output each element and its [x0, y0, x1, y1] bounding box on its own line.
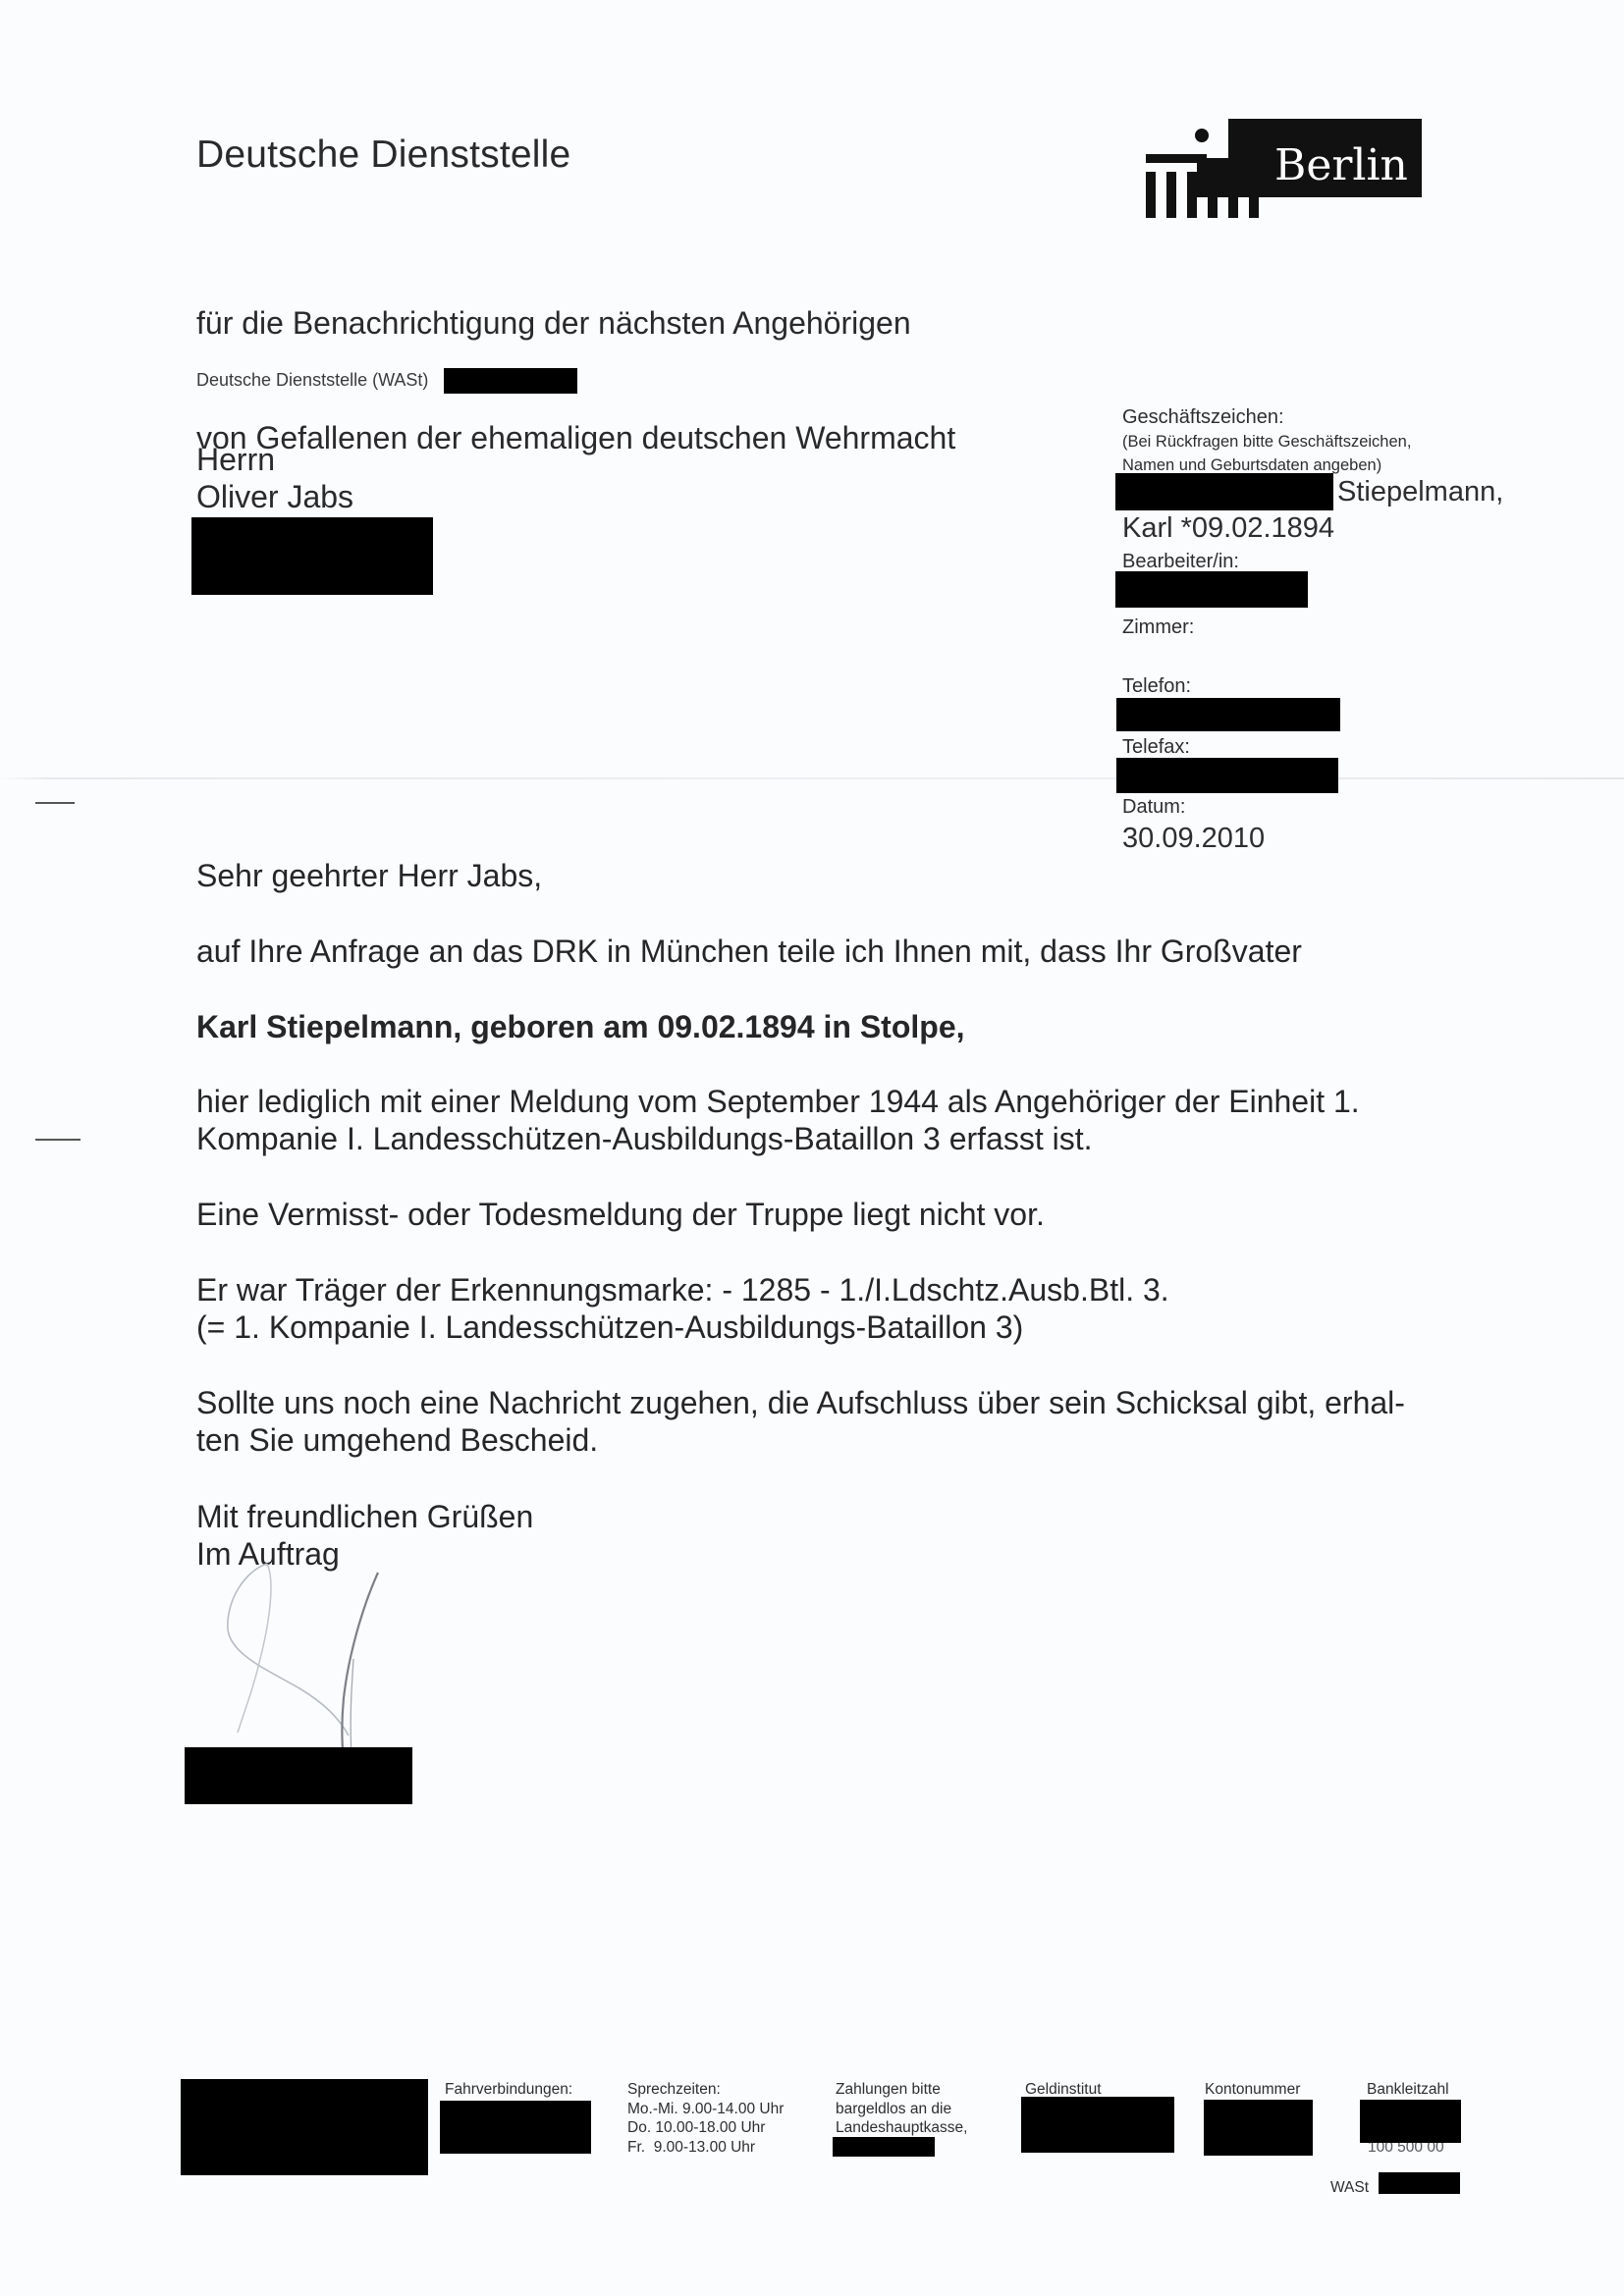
greeting: Sehr geehrter Herr Jabs,	[196, 857, 542, 894]
footer-bankleitzahl-label: Bankleitzahl	[1367, 2080, 1449, 2100]
geschaeftszeichen-value: Stiepelmann,	[1337, 476, 1503, 508]
redaction-footer-address	[181, 2079, 428, 2175]
redaction-signer-name	[185, 1747, 412, 1804]
label-telefax: Telefax:	[1122, 736, 1190, 759]
sprechzeiten-mo-mi: Mo.-Mi. 9.00-14.00 Uhr	[627, 2100, 784, 2119]
paragraph-5: Sollte uns noch eine Nachricht zugehen, …	[196, 1384, 1405, 1459]
zahlungen-line-2: bargeldlos an die	[836, 2100, 967, 2119]
zahlungen-line-3: Landeshauptkasse,	[836, 2118, 967, 2138]
paragraph-2-line-1: hier lediglich mit einer Meldung vom Sep…	[196, 1083, 1360, 1120]
paragraph-4: Er war Träger der Erkennungsmarke: - 128…	[196, 1271, 1169, 1346]
redaction-sender-address	[444, 368, 577, 394]
label-datum: Datum:	[1122, 796, 1185, 819]
paragraph-1: auf Ihre Anfrage an das DRK in München t…	[196, 933, 1302, 970]
redaction-recipient-street	[191, 517, 433, 595]
paragraph-4-line-2: (= 1. Kompanie I. Landesschützen-Ausbild…	[196, 1308, 1169, 1346]
organization-heading: Deutsche Dienststelle	[196, 133, 570, 177]
recipient-address: Herrn Oliver Jabs	[196, 441, 353, 515]
fold-mark-punch	[35, 1139, 81, 1141]
redaction-kontonummer	[1204, 2100, 1313, 2156]
redaction-telefax	[1116, 758, 1338, 793]
label-geschaeftszeichen: Geschäftszeichen:	[1122, 406, 1284, 429]
recipient-salutation: Herrn	[196, 441, 353, 478]
paragraph-5-line-2: ten Sie umgehend Bescheid.	[196, 1421, 1405, 1459]
paragraph-2: hier lediglich mit einer Meldung vom Sep…	[196, 1083, 1360, 1157]
redaction-aktenzeichen	[1115, 473, 1333, 510]
hint-line-1: (Bei Rückfragen bitte Geschäftszeichen,	[1122, 430, 1411, 454]
datum-value: 30.09.2010	[1122, 823, 1265, 855]
recipient-name: Oliver Jabs	[196, 478, 353, 515]
redaction-wast	[1379, 2172, 1460, 2194]
person-line: Karl Stiepelmann, geboren am 09.02.1894 …	[196, 1008, 965, 1045]
footer-kontonummer-label: Kontonummer	[1205, 2080, 1300, 2100]
sender-return-address: Deutsche Dienststelle (WASt)	[196, 370, 428, 391]
paragraph-4-line-1: Er war Träger der Erkennungsmarke: - 128…	[196, 1271, 1169, 1308]
paper-fold-line	[0, 777, 1624, 779]
redaction-telefon	[1116, 698, 1340, 731]
handwritten-signature-icon	[206, 1561, 403, 1777]
paragraph-5-line-1: Sollte uns noch eine Nachricht zugehen, …	[196, 1384, 1405, 1421]
redaction-bearbeiter	[1115, 571, 1308, 608]
footer-wast-label: WASt	[1330, 2178, 1369, 2198]
redaction-zahlungen	[833, 2137, 935, 2157]
sprechzeiten-fr: Fr. 9.00-13.00 Uhr	[627, 2138, 784, 2158]
closing-line-1: Mit freundlichen Grüßen	[196, 1498, 533, 1535]
redaction-fahrverbindungen	[440, 2101, 591, 2154]
zahlungen-line-1: Zahlungen bitte	[836, 2080, 967, 2100]
paragraph-2-line-2: Kompanie I. Landesschützen-Ausbildungs-B…	[196, 1120, 1360, 1157]
geschaeftszeichen-hint: (Bei Rückfragen bitte Geschäftszeichen, …	[1122, 430, 1411, 477]
paragraph-3: Eine Vermisst- oder Todesmeldung der Tru…	[196, 1196, 1045, 1233]
svg-text:Berlin: Berlin	[1274, 140, 1408, 190]
sprechzeiten-label: Sprechzeiten:	[627, 2080, 784, 2100]
footer-sprechzeiten: Sprechzeiten: Mo.-Mi. 9.00-14.00 Uhr Do.…	[627, 2080, 784, 2157]
redaction-geldinstitut	[1021, 2097, 1174, 2153]
redaction-bankleitzahl	[1360, 2100, 1461, 2143]
fold-mark-top	[35, 802, 75, 804]
berlin-brandenburg-gate-logo-icon: Berlin	[1112, 117, 1422, 219]
berlin-logo: Berlin	[1112, 117, 1422, 219]
label-zimmer: Zimmer:	[1122, 616, 1194, 639]
label-bearbeiter: Bearbeiter/in:	[1122, 551, 1239, 573]
subtitle-line-1: für die Benachrichtigung der nächsten An…	[196, 304, 955, 343]
sprechzeiten-do: Do. 10.00-18.00 Uhr	[627, 2118, 784, 2138]
footer-zahlungen: Zahlungen bitte bargeldlos an die Landes…	[836, 2080, 967, 2138]
geschaeftszeichen-value-line2: Karl *09.02.1894	[1122, 512, 1334, 545]
footer-fahrverbindungen-label: Fahrverbindungen:	[445, 2080, 572, 2100]
label-telefon: Telefon:	[1122, 675, 1191, 698]
